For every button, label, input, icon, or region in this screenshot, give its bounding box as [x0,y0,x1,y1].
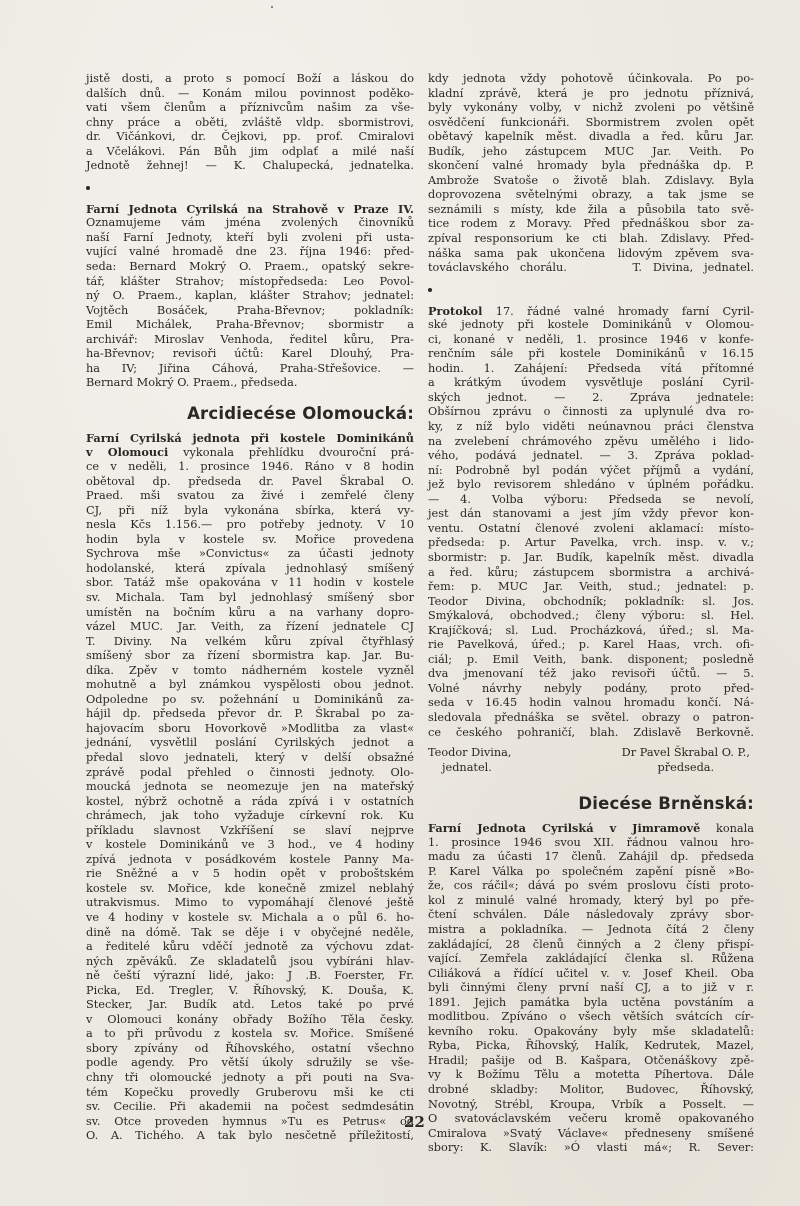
spacer [428,297,754,304]
text-line: Protokol 17. řádné valné hromady farní C… [428,304,754,319]
text-line: osvědčení funkcionáři. Sbormistrem zvole… [428,116,754,131]
text-line: Praed. mši svatou za živé i zemřelé člen… [86,489,414,504]
text-line: Novotný, Strébl, Kroupa, Vrbík a Posselt… [428,1098,754,1113]
text-line: v Olomouci vykonala přehlídku dvouroční … [86,445,414,460]
text-line: ventu. Ostatní členové zvoleni aklamací:… [428,522,754,537]
text-line: modlitbou. Zpíváno o všech větších svátc… [428,1010,754,1025]
text-line: na zvelebení chrámového zpěvu umělého i … [428,435,754,450]
text-line: O. A. Tichého. A tak bylo nesčetně příle… [86,1129,414,1144]
text-line: hajovacím sboru Hovorkově »Modlitba za v… [86,722,414,737]
text-line-signed: továclavského chorálu. T. Divina, jednat… [428,261,754,276]
text-line: náška sama pak ukončena lidovým zpěvem s… [428,247,754,262]
text-line: jež bylo revisorem shledáno v úplném poř… [428,478,754,493]
text-line: kdy jednota vždy pohotově účinkovala. Po… [428,72,754,87]
protokol-report: Protokol 17. řádné valné hromady farní C… [428,304,754,776]
text-line: Farní Jednota Cyrilská v Jimramově konal… [428,821,754,836]
report-title: Protokol [428,304,482,318]
section-bullet-icon [86,181,414,195]
text-line: tice rodem z Moravy. Před přednáškou sbo… [428,217,754,232]
text-line: — 4. Volba výboru: Předseda se nevolí, [428,493,754,508]
text-line: Ciliáková a řídící učitel v. v. Josef Kh… [428,967,754,982]
section-heading-brno: Diecése Brněnská: [428,793,754,815]
text-line: chrámech, jak toho vyžaduje církevní rok… [86,809,414,824]
signatures: Teodor Divina, jednatel. Dr Pavel Škraba… [428,746,754,775]
text-line: ské jednoty při kostele Dominikánů v Olo… [428,318,754,333]
text-line: chny práce a oběti, zvláště vldp. sbormi… [86,116,414,131]
text-line: Teodor Divina, obchodník; pokladník: sl.… [428,595,754,610]
text-line: byly vykonány volby, v nichž zvoleni po … [428,101,754,116]
olomouc-report: Farní Cyrilská jednota při kostele Domin… [86,431,414,1144]
text-line: vého, podává jednatel. — 3. Zpráva pokla… [428,449,754,464]
report-title: Farní Jednota Cyrilská na Strahově v Pra… [86,202,414,217]
report-title: Farní Jednota Cyrilská v Jimramově [428,821,700,835]
text-line: Bernard Mokrý O. Praem., předseda. [86,376,414,391]
text-line: Oznamujeme vám jména zvolených činovníků [86,216,414,231]
text-line: O svatováclavském večeru kromě opakované… [428,1112,754,1127]
text-line: tář, klášter Strahov; místopředseda: Leo… [86,275,414,290]
text-line: Odpoledne po sv. požehnání u Dominikánů … [86,693,414,708]
text-line: hodolanské, která zpívala jednohlasý smí… [86,562,414,577]
text-line: kol z minulé valné hromady, který byl po… [428,894,754,909]
text-line: hájil dp. předseda převor dr. P. Škrabal… [86,707,414,722]
right-column: kdy jednota vždy pohotově účinkovala. Po… [428,72,754,1156]
text-line: tém Kopečku provedly Gruberovu mši ke ct… [86,1086,414,1101]
text-line: ky, z níž bylo viděti neúnavnou práci čl… [428,420,754,435]
text-line: renčním sále při kostele Dominikánů v 16… [428,347,754,362]
text-line: umístěn na bočním kůru a na varhany dopr… [86,606,414,621]
text-line: seda: Bernard Mokrý O. Praem., opatský s… [86,260,414,275]
text-line: a Včelákovi. Pán Bůh jim odplať a milé n… [86,145,414,160]
text-line: rie Sněžné a v 5 hodin opět v proboštské… [86,867,414,882]
text-line: ve 4 hodiny v kostele sv. Michala a o pů… [86,911,414,926]
text-line: díka. Zpěv v tomto nádherném kostele vyz… [86,664,414,679]
scanned-page: jistě dosti, a proto s pomocí Boží a lás… [0,0,800,1206]
text-line: zprávě podal přehled o činnosti jednoty.… [86,766,414,781]
text-line: ní: Podrobně byl podán výčet příjmů a vy… [428,464,754,479]
text-line: 1891. Jejich památka byla uctěna povstán… [428,996,754,1011]
section-heading-olomouc: Arcidiecése Olomoucká: [86,403,414,425]
text-line: mohutně a byl známkou vyspělosti obou je… [86,678,414,693]
text-line: naší Farní Jednoty, kteří byli zvoleni p… [86,231,414,246]
text-line: Volné návrhy nebyly podány, proto před- [428,682,754,697]
text-line: sv. Michala. Tam byl jednohlasý smíšený … [86,591,414,606]
olomouc-report-continued: kdy jednota vždy pohotově účinkovala. Po… [428,72,754,276]
text-line: kostel, nýbrž ochotně a ráda zpívá i v o… [86,795,414,810]
text-line: sbor. Tatáž mše opakována v 11 hodin v k… [86,576,414,591]
text-line: sv. Cecilie. Při akademii na počest sedm… [86,1100,414,1115]
text-line: rie Pavelková, úřed.; p. Karel Haas, vrc… [428,638,754,653]
text-line: T. Diviny. Na velkém kůru zpíval čtyřhla… [86,635,414,650]
text-line: hodin. 1. Zahájení: Předseda vítá přítom… [428,362,754,377]
text-line: Ryba, Picka, Říhovský, Halík, Kedrutek, … [428,1039,754,1054]
text-line: jest dán stanovami a jest jím vždy převo… [428,507,754,522]
text-line: ce v neděli, 1. prosince 1946. Ráno v 8 … [86,460,414,475]
section-bullet-icon [428,283,754,297]
text-line: jistě dosti, a proto s pomocí Boží a lás… [86,72,414,87]
text-line: sbormistr: p. Jar. Budík, kapelník měst.… [428,551,754,566]
text-line: ný O. Praem., kaplan, klášter Strahov; j… [86,289,414,304]
text-line: nesla Kčs 1.156.— pro potřeby jednoty. V… [86,518,414,533]
text-line: a to při průvodu z kostela sv. Mořice. S… [86,1027,414,1042]
text-line: Sychrova mše »Convictus« za účasti jedno… [86,547,414,562]
text-line: drobné skladby: Molitor, Budovec, Říhovs… [428,1083,754,1098]
text-line: skončení valné hromady byla přednáška dp… [428,159,754,174]
text-line: Jednotě žehnej! — K. Chalupecká, jednate… [86,159,414,174]
text-line: ciál; p. Emil Veith, bank. disponent; po… [428,653,754,668]
text-line: ha-Břevnov; revisoři účtů: Karel Dlouhý,… [86,347,414,362]
text-line: Vojtěch Bosáček, Praha-Břevnov; pokladní… [86,304,414,319]
text-line: vující valné hromadě dne 23. října 1946:… [86,245,414,260]
text-line: Emil Michálek, Praha-Břevnov; sbormistr … [86,318,414,333]
text-line: ských jednot. — 2. Zpráva jednatele: [428,391,754,406]
text-line: ha IV; Jiřina Cáhová, Praha-Střešovice. … [86,362,414,377]
signature-chairman: Dr Pavel Škrabal O. P., předseda. [622,746,754,775]
text-line: příkladu slavnost Vzkříšení se slaví nej… [86,824,414,839]
text-line: v Olomouci konány obřady Božího Těla čes… [86,1013,414,1028]
text-line: Smýkalová, obchodved.; členy výboru: sl.… [428,609,754,624]
text-line: Krajíčková; sl. Lud. Procházková, úřed.;… [428,624,754,639]
print-speck [271,6,273,8]
text-line: sledovala přednáška se světel. obrazy o … [428,711,754,726]
text-line: vázel MUC. Jar. Veith, za řízení jednate… [86,620,414,635]
text-line: hodin byla v kostele sv. Mořice proveden… [86,533,414,548]
spacer [428,276,754,283]
text-fragment: 17. řádné valné hromady farní Cyril- [482,305,754,318]
signer-name: Teodor Divina, [428,746,511,761]
text-line: chny tři olomoucké jednoty a při pouti n… [86,1071,414,1086]
strahov-report: Farní Jednota Cyrilská na Strahově v Pra… [86,202,414,391]
text-fragment: vykonala přehlídku dvouroční prá- [168,446,414,459]
text-line: moucká jednota se neomezuje jen na mateř… [86,780,414,795]
spacer [86,174,414,181]
text-line: dr. Vičánkovi, dr. Čejkovi, pp. prof. Cm… [86,130,414,145]
text-line: podle agendy. Pro větší úkoly sdružily s… [86,1056,414,1071]
page-number: 22 [404,1113,425,1131]
signer-name: Dr Pavel Škrabal O. P., [622,746,750,761]
text-line: doprovozena světelnými obrazy, a tak jsm… [428,188,754,203]
text-line: předal slovo jednateli, který v delší ob… [86,751,414,766]
text-line: a krátkým úvodem vysvětluje poslání Cyri… [428,376,754,391]
text-line: ně čeští výrazní lidé, jako: J .B. Foers… [86,969,414,984]
text-line: dalších dnů. — Konám milou povinnost pod… [86,87,414,102]
text-line: vati všem členům a příznivcům našim za v… [86,101,414,116]
text-fragment: konala [700,822,754,835]
text-line: kladní zprávě, která je pro jednotu příz… [428,87,754,102]
text-line: Hradil; pašije od B. Kašpara, Otčenáškov… [428,1054,754,1069]
text-line: v kostele Dominikánů ve 3 hod., ve 4 hod… [86,838,414,853]
signature-secretary: Teodor Divina, jednatel. [428,746,511,775]
text-line: Obšírnou zprávu o činnosti za uplynulé d… [428,405,754,420]
text-line: ci, konané v neděli, 1. prosince 1946 v … [428,333,754,348]
text-line: obětavý kapelník měst. divadla a řed. ků… [428,130,754,145]
text-line: 1. prosince 1946 svou XII. řádnou valnou… [428,836,754,851]
text-line: a ředitelé kůru vděčí jednotě za výchovu… [86,940,414,955]
text-line: zpíval responsorium ke cti blah. Zdislav… [428,232,754,247]
text-line: kostele sv. Mořice, kde konečně zmizel n… [86,882,414,897]
text-line: sbory zpívány od Říhovského, ostatní vše… [86,1042,414,1057]
signer-role: jednatel. [428,761,492,776]
text-line: zpívá jednota v posádkovém kostele Panny… [86,853,414,868]
text-line: ce českého pohraničí, blah. Zdislavě Ber… [428,726,754,741]
text-line: dině na dómě. Tak se děje i v obyčejné n… [86,926,414,941]
text-line: obětoval dp. předseda dr. Pavel Škrabal … [86,475,414,490]
text-line: sv. Otce proveden hymnus »Tu es Petrus« … [86,1115,414,1130]
text-line: čtení schválen. Dále následovaly zprávy … [428,908,754,923]
text-line: Picka, Ed. Tregler, V. Říhovský, K. Douš… [86,984,414,999]
text-line: seznámili s místy, kde žila a působila t… [428,203,754,218]
text-line: P. Karel Válka po společném zapění písně… [428,865,754,880]
text-line: byli činnými členy první naší CJ, a to j… [428,981,754,996]
text-line: jednání, vysvětlil poslání Cyrilských je… [86,736,414,751]
text-line: smíšený sbor za řízení sbormistra kap. J… [86,649,414,664]
report-title: Farní Cyrilská jednota při kostele Domin… [86,431,414,446]
text-line: madu za účasti 17 členů. Zahájil dp. pře… [428,850,754,865]
text-line: utrakvismus. Mimo to vypomáhají členové … [86,896,414,911]
text-line: Budík, jeho zástupcem MUC Jar. Veith. Po [428,145,754,160]
spacer [86,195,414,202]
closing-paragraph: jistě dosti, a proto s pomocí Boží a lás… [86,72,414,174]
text-line: archivář: Miroslav Venhoda, ředitel kůru… [86,333,414,348]
text-line: Stecker, Jar. Budík atd. Letos také po p… [86,998,414,1013]
jimramov-report: Farní Jednota Cyrilská v Jimramově konal… [428,821,754,1156]
text-line: řem: p. MUC Jar. Veith, stud.; jednatel:… [428,580,754,595]
text-line: ných zpěváků. Ze skladatelů jsou vybírán… [86,955,414,970]
text-line: mistra a pokladníka. — Jednota čítá 2 čl… [428,923,754,938]
report-title-cont: v Olomouci [86,445,168,459]
text-line: sbory: K. Slavík: »Ó vlasti má«; R. Seve… [428,1141,754,1156]
text-line: Ambrože Svatoše o životě blah. Zdislavy.… [428,174,754,189]
text-line: dva jmenovaní též jako revisoři účtů. — … [428,667,754,682]
text-line: seda v 16.45 hodin valnou hromadu končí.… [428,696,754,711]
text-line: CJ, při níž byla vykonána sbírka, která … [86,504,414,519]
text-line: vy k Božímu Tělu a motetta Píhertova. Dá… [428,1068,754,1083]
text-line: že, cos ráčil«; dává po svém proslovu čí… [428,879,754,894]
text-line: Cmiralova »Svatý Václave« předneseny smí… [428,1127,754,1142]
text-line: a řed. kůru; zástupcem sbormistra a arch… [428,566,754,581]
text-line: kevního roku. Opakovány byly mše skladat… [428,1025,754,1040]
signer-role: předseda. [658,761,715,776]
left-column: jistě dosti, a proto s pomocí Boží a lás… [86,72,414,1144]
text-line: zakládající, 28 členů činných a 2 členy … [428,938,754,953]
text-line: vající. Zemřela zakládající členka sl. R… [428,952,754,967]
text-line: předseda: p. Artur Pavelka, vrch. insp. … [428,536,754,551]
